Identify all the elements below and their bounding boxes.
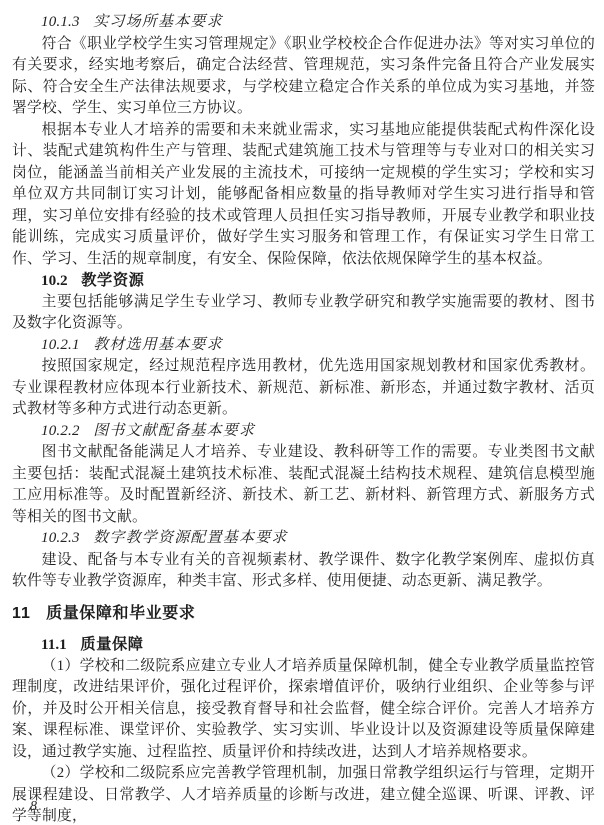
page-number: 8 bbox=[30, 799, 37, 815]
heading-number: 11.1 bbox=[41, 636, 67, 653]
heading-title: 数字教学资源配置基本要求 bbox=[93, 530, 287, 546]
heading-10-2-2-library-literature: 10.2.2图书文献配备基本要求 bbox=[12, 421, 595, 443]
heading-title: 质量保障和毕业要求 bbox=[46, 605, 195, 622]
heading-10-2-teaching-resources: 10.2教学资源 bbox=[12, 270, 595, 292]
heading-number: 10.2.3 bbox=[41, 530, 80, 546]
paragraph-quality-assurance-item-2: （2）学校和二级院系应完善教学管理机制，加强日常教学组织运行与管理，定期开展课程… bbox=[12, 763, 595, 825]
heading-11-quality-assurance-and-graduation: 11质量保障和毕业要求 bbox=[12, 603, 595, 625]
heading-title: 教材选用基本要求 bbox=[93, 337, 223, 353]
heading-number: 10.1.3 bbox=[41, 14, 80, 30]
heading-number: 10.2 bbox=[41, 272, 68, 289]
paragraph-teaching-resources-overview: 主要包括能够满足学生专业学习、教师专业教学研究和教学实施需要的教材、图书及数字化… bbox=[12, 292, 595, 335]
paragraph-digital-resources-requirements: 建设、配备与本专业有关的音视频素材、教学课件、数字化教学案例库、虚拟仿真软件等专… bbox=[12, 550, 595, 593]
heading-number: 10.2.1 bbox=[41, 337, 80, 353]
paragraph-quality-assurance-item-1: （1）学校和二级院系应建立专业人才培养质量保障机制，健全专业教学质量监控管理制度… bbox=[12, 656, 595, 764]
heading-title: 图书文献配备基本要求 bbox=[93, 423, 255, 439]
heading-number: 10.2.2 bbox=[41, 423, 80, 439]
paragraph-library-literature-requirements: 图书文献配备能满足人才培养、专业建设、教科研等工作的需要。专业类图书文献主要包括… bbox=[12, 442, 595, 528]
paragraph-internship-base-provisions: 根据本专业人才培养的需要和未来就业需求，实习基地应能提供装配式构件深化设计、装配… bbox=[12, 120, 595, 271]
heading-title: 教学资源 bbox=[81, 272, 144, 289]
heading-10-2-3-digital-resources: 10.2.3数字教学资源配置基本要求 bbox=[12, 528, 595, 550]
paragraph-internship-unit-criteria: 符合《职业学校学生实习管理规定》《职业学校校企合作促进办法》等对实习单位的有关要… bbox=[12, 34, 595, 120]
heading-10-2-1-textbook-selection: 10.2.1教材选用基本要求 bbox=[12, 335, 595, 357]
paragraph-textbook-selection-requirements: 按照国家规定，经过规范程序选用教材，优先选用国家规划教材和国家优秀教材。专业课程… bbox=[12, 356, 595, 421]
heading-number: 11 bbox=[12, 605, 31, 622]
document-page: 10.1.3实习场所基本要求 符合《职业学校学生实习管理规定》《职业学校校企合作… bbox=[0, 0, 604, 825]
heading-11-1-quality-assurance: 11.1质量保障 bbox=[12, 634, 595, 656]
heading-title: 实习场所基本要求 bbox=[93, 14, 223, 30]
heading-title: 质量保障 bbox=[80, 636, 143, 653]
heading-10-1-3-internship-site-requirements: 10.1.3实习场所基本要求 bbox=[12, 12, 595, 34]
